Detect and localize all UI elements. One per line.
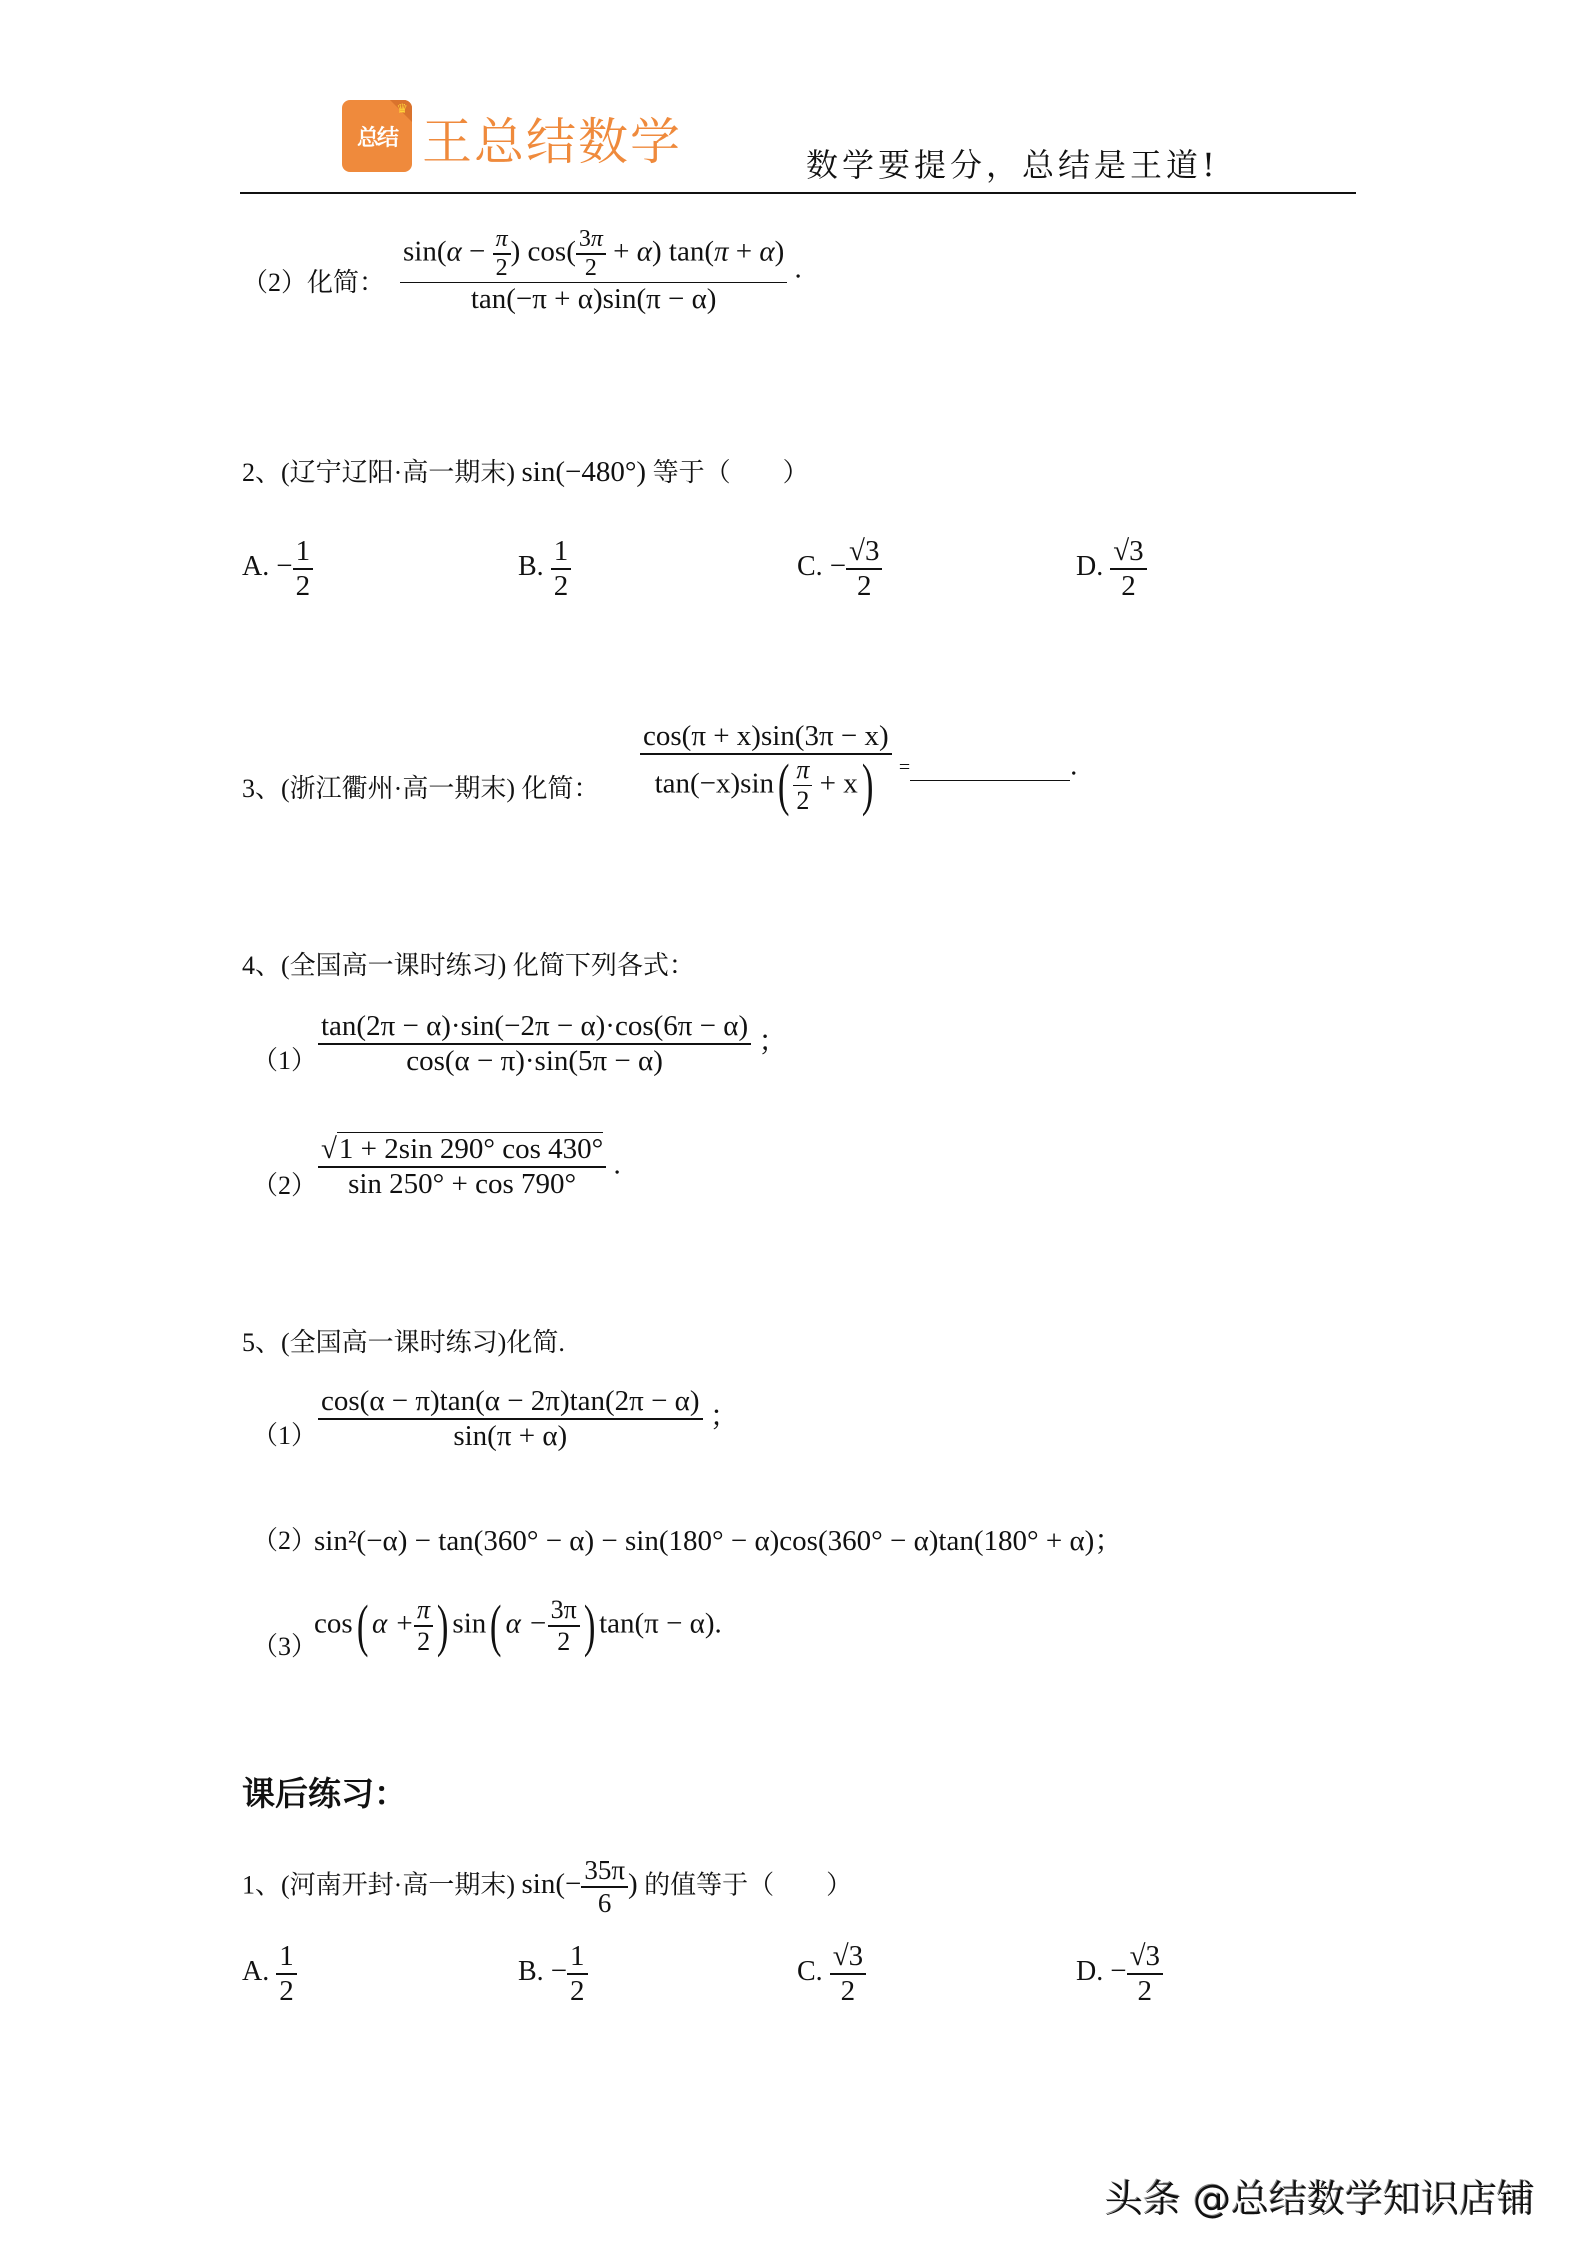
q2-option-c[interactable]: C. −√32 — [797, 535, 882, 603]
crown-icon: ♛ — [396, 102, 408, 117]
q4-p2-label: （2） — [252, 1165, 317, 1202]
q5-p2-expr: sin²(−α) − tan(360° − α) − sin(180° − α)… — [314, 1518, 1123, 1559]
q4-p2-fraction: √1 + 2sin 290° cos 430°sin 250° + cos 79… — [318, 1133, 621, 1201]
answer-blank[interactable] — [910, 756, 1070, 781]
q5-p3-label: （3） — [252, 1626, 317, 1663]
hw-q1-option-a[interactable]: A. 12 — [242, 1940, 297, 2008]
q5-p1-fraction: cos(α − π)tan(α − 2π)tan(2π − α)sin(π + … — [318, 1385, 739, 1453]
prev-part-label: （2）化简： — [242, 262, 385, 299]
slogan: 数学要提分，总结是王道! — [806, 140, 1219, 186]
hw-q1-option-c[interactable]: C. √32 — [797, 1940, 866, 2008]
logo-badge-text: 总结 — [357, 121, 397, 152]
q5-p1-label: （1） — [252, 1415, 317, 1452]
header-divider — [240, 192, 1356, 194]
q2-option-a[interactable]: A. −12 — [242, 535, 313, 603]
q5-p3-expr: cos(α +π2)sin(α −3π2)tan(π − α). — [314, 1595, 722, 1657]
q3-fraction: cos(π + x)sin(3π − x) tan(−x)sin(π2 + x)… — [640, 720, 1077, 816]
q4-p1-label: （1） — [252, 1040, 317, 1077]
q2-option-d[interactable]: D. √32 — [1076, 535, 1147, 603]
logo-badge: ♛ 总结 — [342, 100, 412, 172]
homework-heading: 课后练习： — [242, 1768, 407, 1815]
q4-stem: 4、(全国高一课时练习) 化简下列各式： — [242, 945, 695, 982]
logo-text: 王总结数学 — [422, 102, 682, 174]
q2-stem: 2、(辽宁辽阳·高一期末) sin(−480°) 等于（ ） — [242, 452, 809, 489]
q4-p1-fraction: tan(2π − α)·sin(−2π − α)·cos(6π − α)cos(… — [318, 1010, 787, 1078]
hw-q1-option-d[interactable]: D. −√32 — [1076, 1940, 1163, 2008]
q3-stem: 3、(浙江衢州·高一期末) 化简： — [242, 768, 599, 805]
hw-q1-option-b[interactable]: B. −12 — [518, 1940, 588, 2008]
prev-part-fraction: sin(α − π2) cos(3π2 + α) tan(π + α) tan(… — [400, 226, 802, 316]
q2-option-b[interactable]: B. 12 — [518, 535, 571, 603]
watermark: 头条 @总结数学知识店铺 — [1105, 2168, 1535, 2223]
hw-q1-stem: 1、(河南开封·高一期末) sin(−35π6) 的值等于（ ） — [242, 1855, 852, 1919]
q5-p2-label: （2） — [252, 1520, 317, 1557]
q5-stem: 5、(全国高一课时练习)化简. — [242, 1322, 565, 1359]
